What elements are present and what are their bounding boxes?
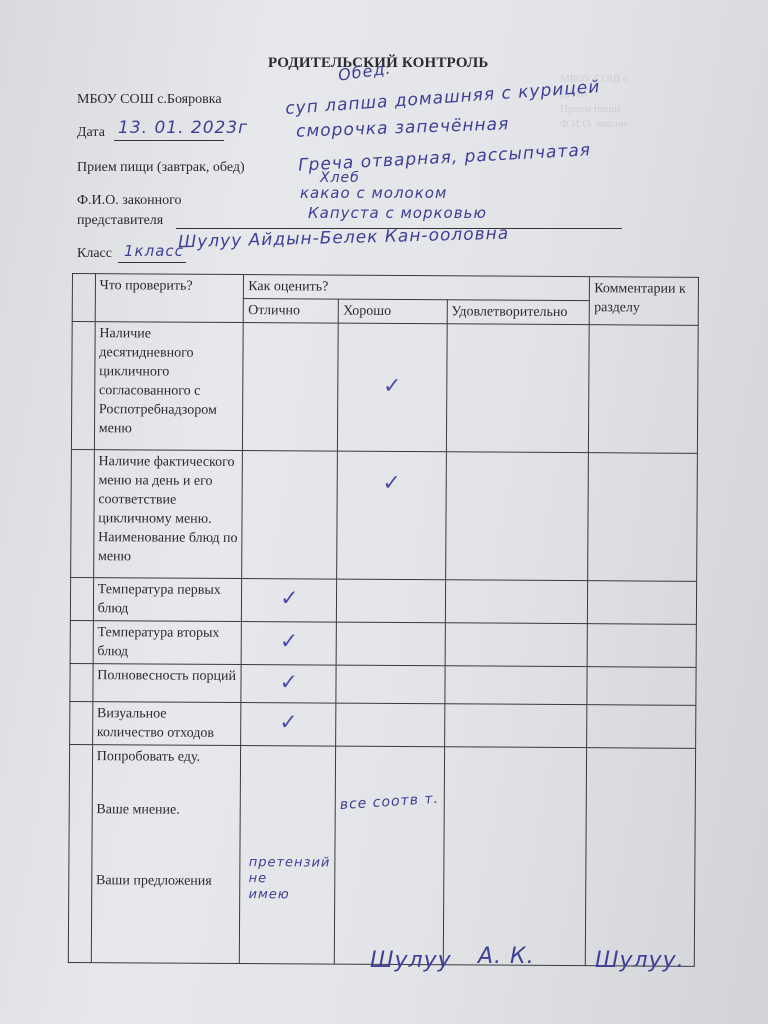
- row-index: [70, 620, 93, 663]
- class-label: Класс: [77, 246, 112, 262]
- comment-cell: [586, 748, 696, 967]
- suggestions-line-3: имею: [248, 887, 330, 904]
- check-mark-icon: ✓: [280, 670, 299, 695]
- comment-cell: [589, 325, 698, 454]
- school-label: МБОУ СОШ с.Бояровка: [77, 92, 222, 108]
- signature-name: Шулуу: [370, 948, 452, 973]
- signature-initials: А. К.: [478, 944, 535, 969]
- good-cell: [336, 703, 445, 747]
- header-good: Хорошо: [339, 299, 447, 324]
- table-row: Температура вторых блюд ✓: [70, 620, 696, 667]
- menu-item-6: Капуста с морковью: [308, 204, 487, 222]
- excellent-cell: ✓: [242, 579, 337, 623]
- row-index: [70, 663, 93, 701]
- satisfactory-cell: [445, 666, 588, 705]
- menu-item-1: суп лапша домашняя с курицей: [285, 77, 601, 119]
- class-underline: [118, 262, 186, 263]
- check-mark-icon: ✓: [383, 373, 402, 398]
- row-index: [71, 449, 95, 577]
- good-cell: [336, 665, 445, 704]
- header-satisfactory: Удовлетворительно: [447, 300, 590, 325]
- excellent-cell: претензий не имею: [240, 746, 336, 965]
- date-underline: [114, 140, 224, 141]
- comment-cell: [587, 624, 696, 668]
- good-cell: ✓: [338, 323, 447, 452]
- criterion-cell: Наличие фактического меню на день и его …: [93, 450, 242, 579]
- excellent-cell: [242, 451, 338, 580]
- comment-cell: [588, 453, 697, 582]
- row-index: [68, 744, 92, 962]
- excellent-cell: ✓: [241, 665, 336, 704]
- header-how: Как оценить?: [244, 275, 590, 301]
- good-cell: все соотв т.: [335, 746, 445, 965]
- table-row: Визуальное количество отходов ✓: [70, 701, 696, 748]
- comment-cell: [587, 705, 696, 749]
- suggestions-line-1: претензий: [249, 855, 331, 872]
- menu-item-2: сморочка запечённая: [296, 114, 510, 141]
- meal-label: Прием пищи (завтрак, обед): [77, 160, 245, 176]
- try-food-label: Попробовать еду.: [97, 747, 237, 767]
- suggestions-label: Ваши предложения: [96, 871, 236, 891]
- good-cell: ✓: [337, 451, 446, 580]
- good-cell: [337, 579, 446, 623]
- table-row: Полновесность порций ✓: [70, 663, 696, 705]
- table-row: Наличие десятидневного цикличного соглас…: [71, 322, 698, 454]
- header-comments: Комментарии к разделу: [589, 277, 698, 326]
- date-label: Дата: [77, 125, 105, 141]
- excellent-cell: [243, 323, 339, 452]
- class-value: 1класс: [124, 242, 184, 260]
- form-page: МБОУ СОШ с ДАТА Прием пищи Ф.И.О. законн…: [0, 0, 768, 1024]
- satisfactory-cell: [443, 747, 587, 966]
- check-mark-icon: ✓: [280, 586, 299, 611]
- criterion-cell: Температура первых блюд: [93, 578, 242, 622]
- tasting-row: Попробовать еду. Ваше мнение. Ваши предл…: [68, 744, 695, 966]
- check-mark-icon: ✓: [279, 710, 298, 735]
- criterion-cell: Наличие десятидневного цикличного соглас…: [94, 322, 243, 451]
- parental-control-table: Что проверить? Как оценить? Комментарии …: [68, 273, 699, 967]
- check-mark-icon: ✓: [382, 471, 401, 496]
- criterion-cell: Визуальное количество отходов: [92, 702, 241, 746]
- row-index: [70, 701, 93, 744]
- signature: Шулуу.: [595, 948, 685, 973]
- guardian-label-2: представителя: [77, 213, 163, 229]
- header-what: Что проверить?: [95, 274, 244, 323]
- satisfactory-cell: [445, 580, 588, 624]
- check-mark-icon: ✓: [280, 629, 299, 654]
- menu-item-5: какао с молоком: [300, 184, 447, 202]
- date-value: 13. 01. 2023г: [118, 118, 248, 138]
- table-row: Температура первых блюд ✓: [70, 577, 696, 624]
- header-excellent: Отлично: [244, 299, 339, 324]
- row-index: [71, 322, 95, 450]
- opinion-label: Ваше мнение.: [96, 800, 236, 820]
- index-header: [72, 274, 95, 322]
- satisfactory-cell: [444, 704, 587, 748]
- row-index: [70, 577, 93, 620]
- excellent-cell: ✓: [241, 622, 336, 666]
- excellent-cell: ✓: [241, 703, 336, 747]
- table-row: Наличие фактического меню на день и его …: [71, 449, 698, 581]
- satisfactory-cell: [446, 324, 589, 453]
- suggestions-value: претензий не имею: [248, 855, 330, 903]
- criterion-cell: Полновесность порций: [93, 664, 242, 703]
- satisfactory-cell: [445, 452, 588, 581]
- comment-cell: [588, 581, 697, 625]
- guardian-label-1: Ф.И.О. законного: [77, 193, 182, 209]
- comment-cell: [587, 667, 696, 706]
- header-row-1: Что проверить? Как оценить? Комментарии …: [72, 274, 698, 302]
- criterion-cell: Температура вторых блюд: [93, 621, 242, 665]
- satisfactory-cell: [445, 623, 588, 667]
- tasting-criterion-cell: Попробовать еду. Ваше мнение. Ваши предл…: [91, 745, 241, 964]
- opinion-value: все соотв т.: [340, 790, 440, 815]
- good-cell: [336, 622, 445, 666]
- suggestions-line-2: не: [249, 871, 331, 888]
